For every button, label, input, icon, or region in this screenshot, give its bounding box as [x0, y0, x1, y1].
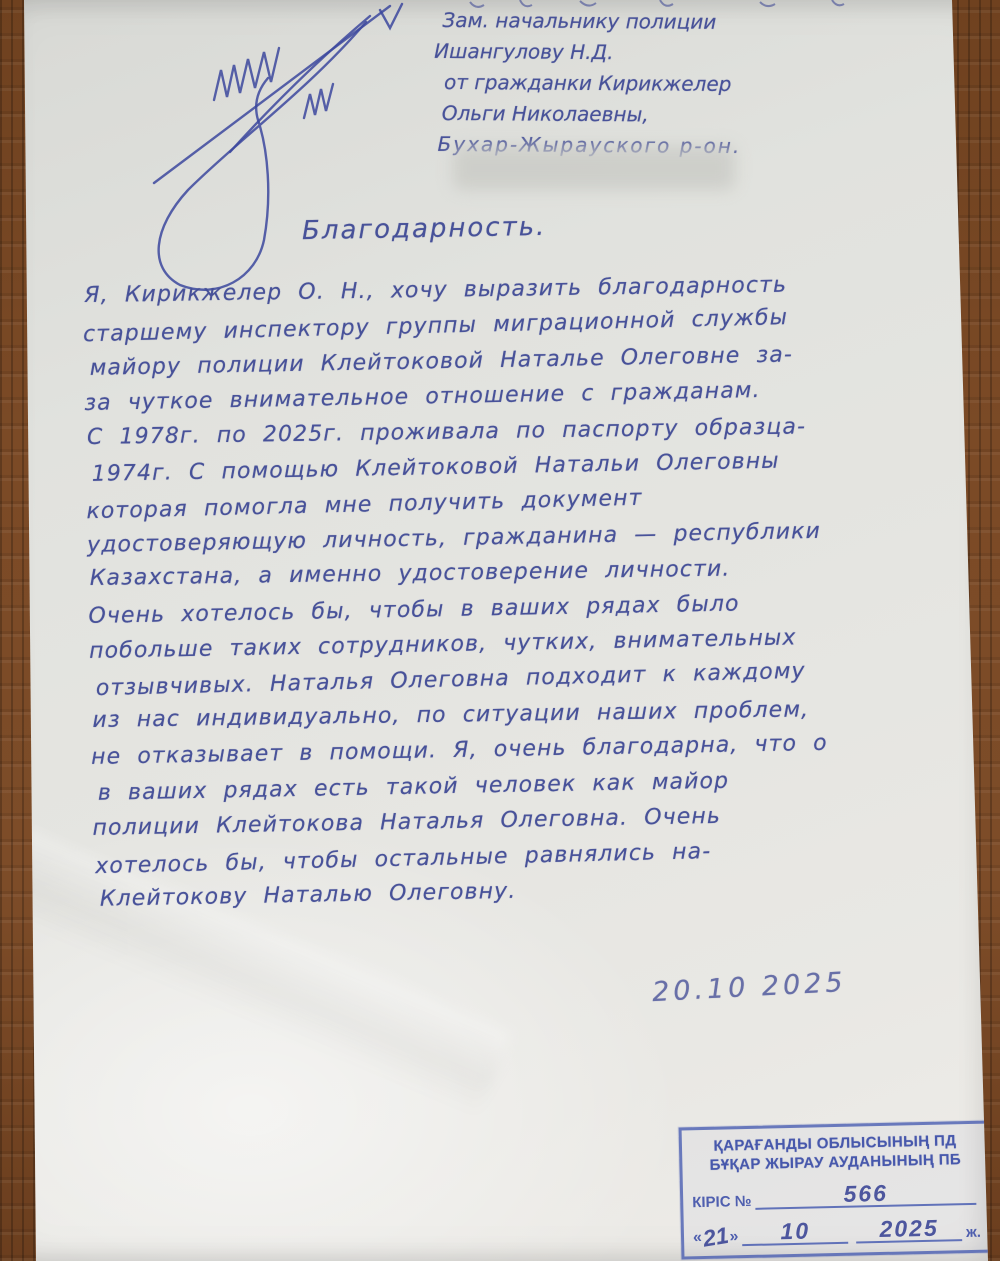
photo-of-letter: Зам. начальнику полиции Ишангулову Н.Д. …: [0, 0, 1000, 1261]
stamp-year-handwritten: 2025: [856, 1214, 962, 1243]
stamp-quote-close: »: [729, 1228, 738, 1246]
letter-date: 20.10 2025: [651, 967, 847, 1008]
stamp-entry-number-row: КІРІС № 566: [692, 1179, 981, 1212]
recipient-line: Ишангулову Н.Д.: [434, 36, 742, 69]
recipient-line: Зам. начальнику полиции: [442, 5, 742, 38]
paper-sheet: Зам. начальнику полиции Ишангулову Н.Д. …: [0, 0, 1000, 1261]
blurred-redacted-line: [453, 146, 735, 190]
stamp-entry-number-handwritten: 566: [755, 1178, 976, 1210]
recipient-block: Зам. начальнику полиции Ишангулову Н.Д. …: [441, 5, 742, 162]
stamp-entry-label: КІРІС №: [692, 1193, 752, 1211]
recipient-line: Ольги Николаевны,: [442, 98, 742, 131]
stamp-month-blank: 10: [742, 1218, 848, 1246]
recipient-line: от гражданки Кирикжелер: [444, 67, 742, 100]
signature-scribble: [118, 0, 428, 300]
stamp-quote-open: «: [693, 1229, 702, 1247]
stamp-year-blank: 2025: [856, 1215, 962, 1243]
entry-stamp: ҚАРАҒАНДЫ ОБЛЫСЫНЫҢ ПД БҰҚАР ЖЫРАУ АУДАН…: [679, 1120, 994, 1259]
letter-body: Я, Кирикжелер О. Н., хочу выразить благо…: [82, 263, 974, 917]
stamp-year-suffix: ж.: [966, 1224, 981, 1241]
stamp-date-row: « 21 » 10 2025 ж.: [693, 1215, 982, 1248]
stamp-day-handwritten: 21: [701, 1222, 731, 1253]
stamp-entry-number-blank: 566: [755, 1179, 976, 1210]
letter-title: Благодарность.: [302, 212, 547, 246]
stamp-month-handwritten: 10: [742, 1217, 848, 1246]
